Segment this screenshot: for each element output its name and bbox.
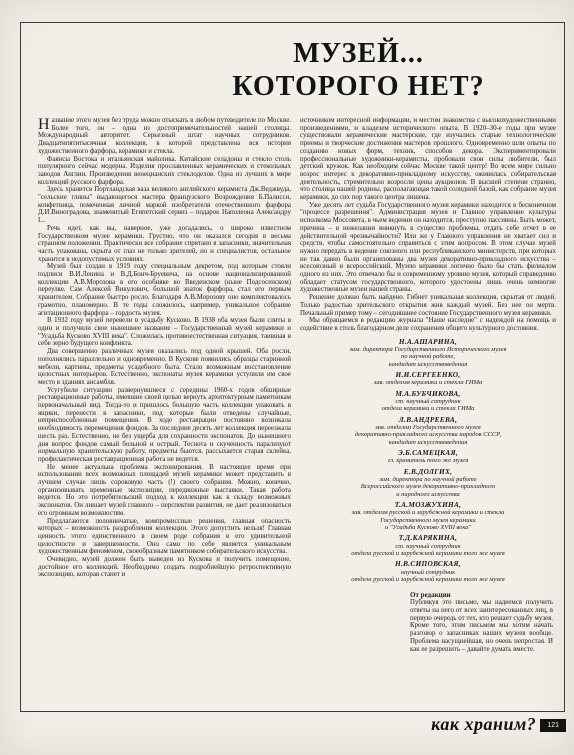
left-column: Название этого музея без труда можно оты…: [38, 117, 291, 711]
paragraph: В 1932 году музей перевели в усадьбу Кус…: [38, 317, 291, 348]
paragraph: Не менее актуальна проблема экспонирован…: [38, 464, 291, 518]
signature: М.А.БУБЧИКОВА,ст. научный сотрудник отде…: [300, 390, 556, 413]
paragraph: Мы обращаемся в редакцию журнала "Наше н…: [300, 317, 556, 332]
paragraph: Название этого музея без труда можно оты…: [38, 117, 291, 156]
signature-role: ст. научный сотрудник отдела русской и з…: [300, 543, 556, 557]
signature: И.И.СЕРГЕЕНКО,зав. отделом керамики и ст…: [300, 371, 556, 387]
signature: Л.В.АНДРЕЕВА,зав. отделом Государственно…: [300, 416, 556, 446]
paragraph: Музей был создан в 1919 году специальным…: [38, 263, 291, 317]
signature-name: М.А.БУБЧИКОВА,: [300, 390, 556, 399]
signature-role: зам. директора по научной работе Всеросс…: [300, 476, 556, 498]
paragraph: Два совершенно различных музея оказались…: [38, 348, 291, 387]
paragraph: Предлагаются половинчатые, компромиссные…: [38, 518, 291, 557]
signature-name: Н.В.СИПОВСКАЯ,: [300, 560, 556, 569]
article-columns: Название этого музея без труда можно оты…: [38, 117, 556, 711]
drop-cap: Н: [38, 117, 52, 132]
paragraph: Очевидно, музей должен быть выведен из К…: [38, 556, 291, 579]
signature-role: научный сотрудник отдела русской и заруб…: [300, 569, 556, 583]
signature: Т.А.МОЗЖУХИНА,зав. отделом русской и зар…: [300, 501, 556, 531]
editorial-body: Публикуя это письмо, мы надеемся получит…: [410, 599, 553, 654]
right-column-paragraphs: источником интересной информации, и мест…: [300, 117, 556, 333]
signature: Т.Д.КАРЯКИНА,ст. научный сотрудник отдел…: [300, 534, 556, 557]
editorial-note: От редакции Публикуя это письмо, мы наде…: [410, 591, 553, 654]
signature-name: Н.А.АШАРИНА,: [300, 338, 556, 347]
signature-role: зав. отделом Государственного музея деко…: [300, 424, 556, 446]
paragraph: Уже десять лет судьба Государственного м…: [300, 202, 556, 294]
article-title-line1: МУЗЕЙ...: [157, 37, 560, 70]
paragraph: Здесь хранится Портландская ваза великог…: [38, 186, 291, 225]
page-number-badge: 121: [540, 719, 566, 732]
signatures-block: Н.А.АШАРИНА,зам. директора Государственн…: [300, 338, 556, 583]
signature-role: зав. отделом керамики и стекла ГИМа: [300, 379, 556, 386]
page-frame: МУЗЕЙ... КОТОРОГО НЕТ? Название этого му…: [20, 22, 565, 712]
article-title-line2: КОТОРОГО НЕТ?: [157, 70, 560, 103]
signature-name: Э.Б.САМЕЦКАЯ,: [300, 449, 556, 458]
paragraph: источником интересной информации, и мест…: [300, 117, 556, 202]
signature-name: И.И.СЕРГЕЕНКО,: [300, 371, 556, 380]
right-column: источником интересной информации, и мест…: [300, 117, 556, 711]
signature: Е.В.ДОЛГИХ,зам. директора по научной раб…: [300, 468, 556, 498]
magazine-page: МУЗЕЙ... КОТОРОГО НЕТ? Название этого му…: [0, 0, 574, 755]
signature-role: зам. директора Государственного Историче…: [300, 346, 556, 368]
signature: Н.В.СИПОВСКАЯ,научный сотрудник отдела р…: [300, 560, 556, 583]
article-title: МУЗЕЙ... КОТОРОГО НЕТ?: [157, 37, 560, 103]
signature-name: Е.В.ДОЛГИХ,: [300, 468, 556, 477]
paragraph: Речь идет, как вы, наверное, уже догадал…: [38, 225, 291, 264]
paragraph: Усугубили ситуацию развернувшиеся с сере…: [38, 387, 291, 464]
signature: Э.Б.САМЕЦКАЯ,гл. хранитель того же музея: [300, 449, 556, 465]
signature-name: Т.А.МОЗЖУХИНА,: [300, 501, 556, 510]
signature-role: ст. научный сотрудник отдела керамики и …: [300, 398, 556, 412]
editorial-heading: От редакции: [410, 591, 553, 599]
signature-role: зав. отделом русской и зарубежной керами…: [300, 509, 556, 531]
signature-role: гл. хранитель того же музея: [300, 457, 556, 464]
rubric-label: как храним?: [431, 714, 536, 734]
paragraph: Фаянсы Востока и итальянская майолика. К…: [38, 156, 291, 187]
signature-name: Л.В.АНДРЕЕВА,: [300, 416, 556, 425]
signature: Н.А.АШАРИНА,зам. директора Государственн…: [300, 338, 556, 368]
signature-name: Т.Д.КАРЯКИНА,: [300, 534, 556, 543]
page-footer: как храним? 121: [431, 714, 566, 734]
paragraph: Решение должно быть найдено. Гибнет уник…: [300, 294, 556, 317]
